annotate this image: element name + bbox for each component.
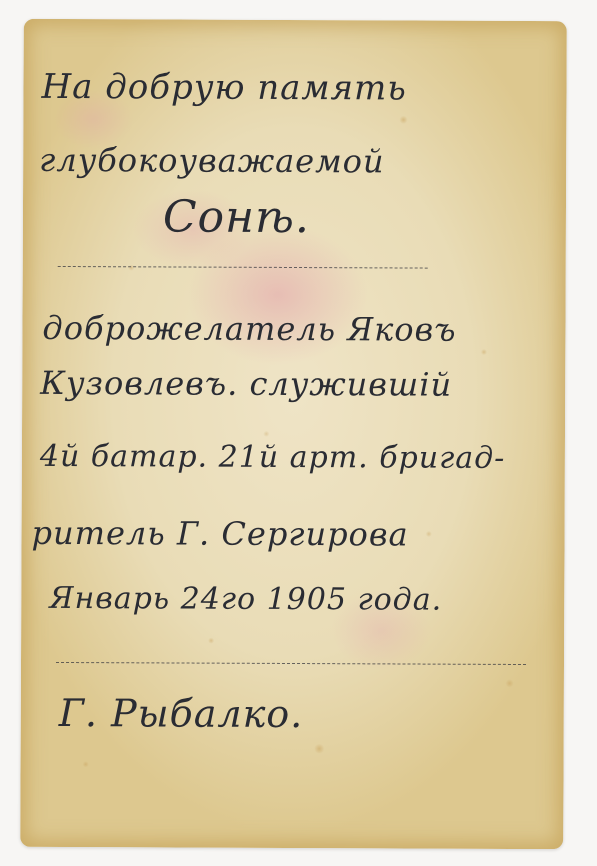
photo-card-back: На добрую память глубокоуважаемой Сонѣ. … [20,19,567,849]
signature: Г. Рыбалко. [59,691,304,736]
separator-line-1 [58,266,428,269]
handwritten-line-6: 4й батар. 21й арт. бригад- [40,439,506,476]
handwritten-line-8: Январь 24го 1905 года. [49,581,442,618]
handwritten-line-3: Сонѣ. [163,191,310,243]
handwritten-line-4: доброжелатель Яковъ [42,309,456,349]
separator-line-2 [56,662,526,665]
handwritten-line-1: На добрую память [41,67,407,109]
handwritten-line-5: Кузовлевъ. служившій [40,364,452,404]
handwritten-line-2: глубокоуважаемой [39,141,385,181]
handwritten-line-7: ритель Г. Сергирова [31,514,408,554]
